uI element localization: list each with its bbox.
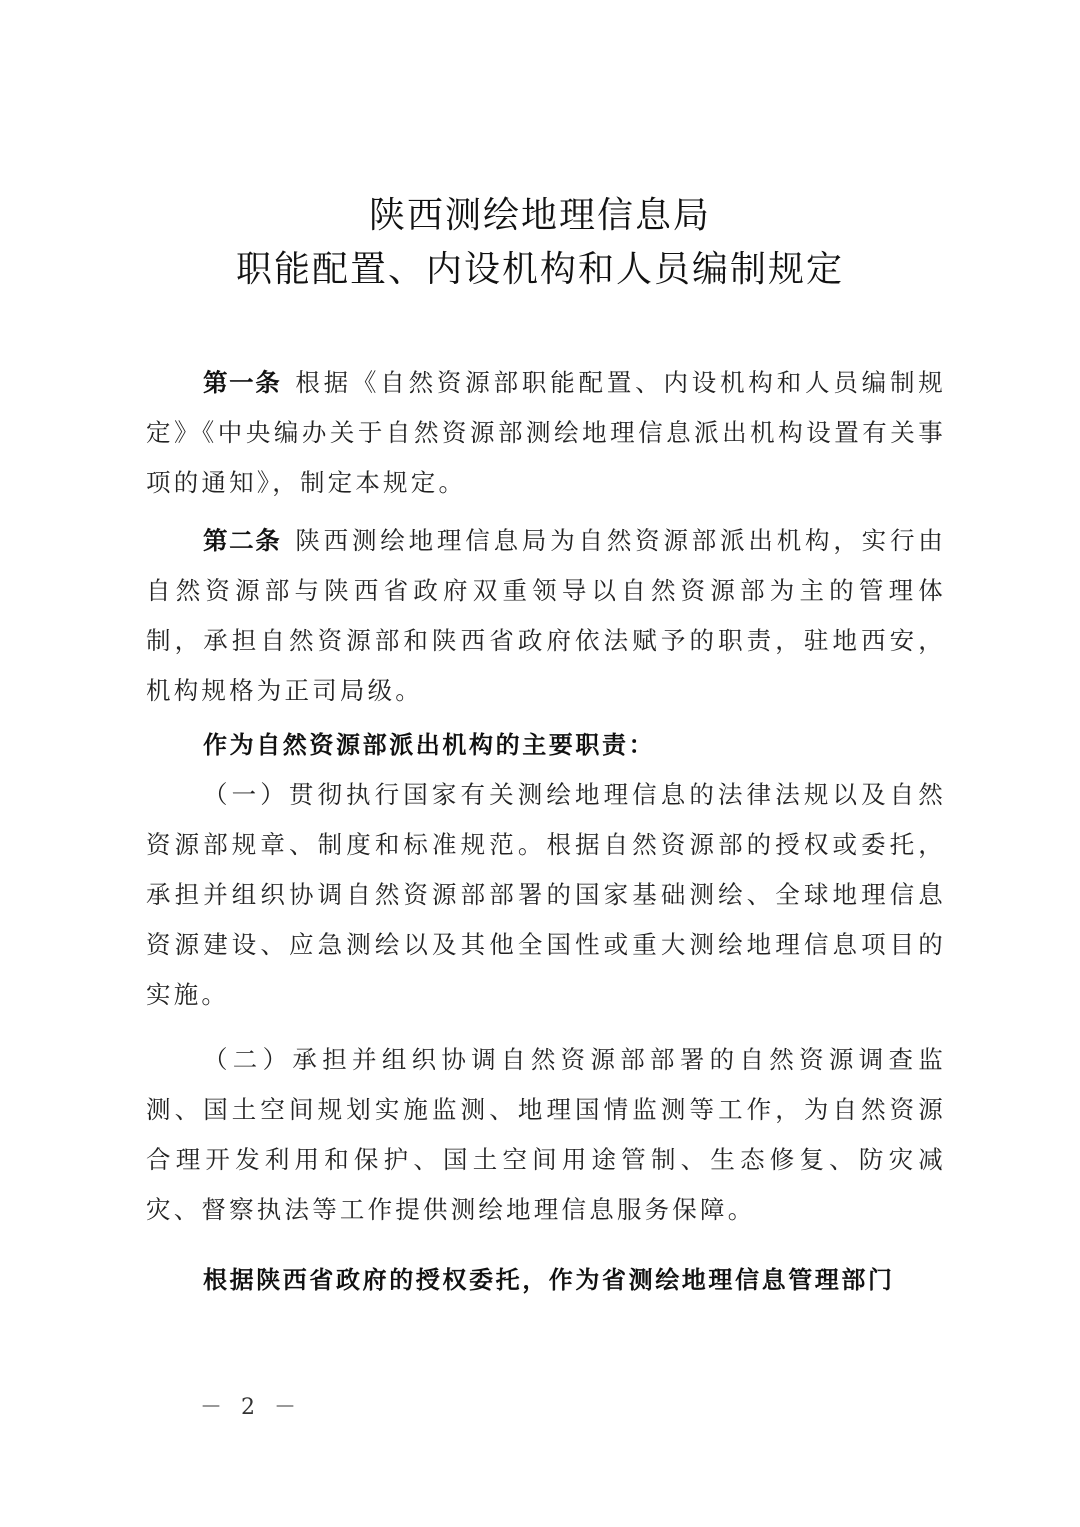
article-1-lead: 第一条 <box>203 368 281 397</box>
article-2: 第二条陕西测绘地理信息局为自然资源部派出机构，实行由自然资源部与陕西省政府双重领… <box>146 516 946 716</box>
document-page: 陕西测绘地理信息局 职能配置、内设机构和人员编制规定 第一条根据《自然资源部职能… <box>0 0 1080 1527</box>
duty-item-1: （一）贯彻执行国家有关测绘地理信息的法律法规以及自然资源部规章、制度和标准规范。… <box>146 770 946 1020</box>
section-heading-province-duties: 根据陕西省政府的授权委托，作为省测绘地理信息管理部门 <box>203 1255 895 1305</box>
document-title-line2: 职能配置、内设机构和人员编制规定 <box>0 252 1080 288</box>
document-title-line1: 陕西测绘地理信息局 <box>0 198 1080 234</box>
section-heading-ministry-duties: 作为自然资源部派出机构的主要职责： <box>203 720 655 770</box>
page-number: － 2 － <box>200 1390 302 1421</box>
duty-item-2: （二）承担并组织协调自然资源部部署的自然资源调查监测、国土空间规划实施监测、地理… <box>146 1035 946 1235</box>
article-1: 第一条根据《自然资源部职能配置、内设机构和人员编制规定》《中央编办关于自然资源部… <box>146 358 946 508</box>
article-2-lead: 第二条 <box>203 526 281 555</box>
